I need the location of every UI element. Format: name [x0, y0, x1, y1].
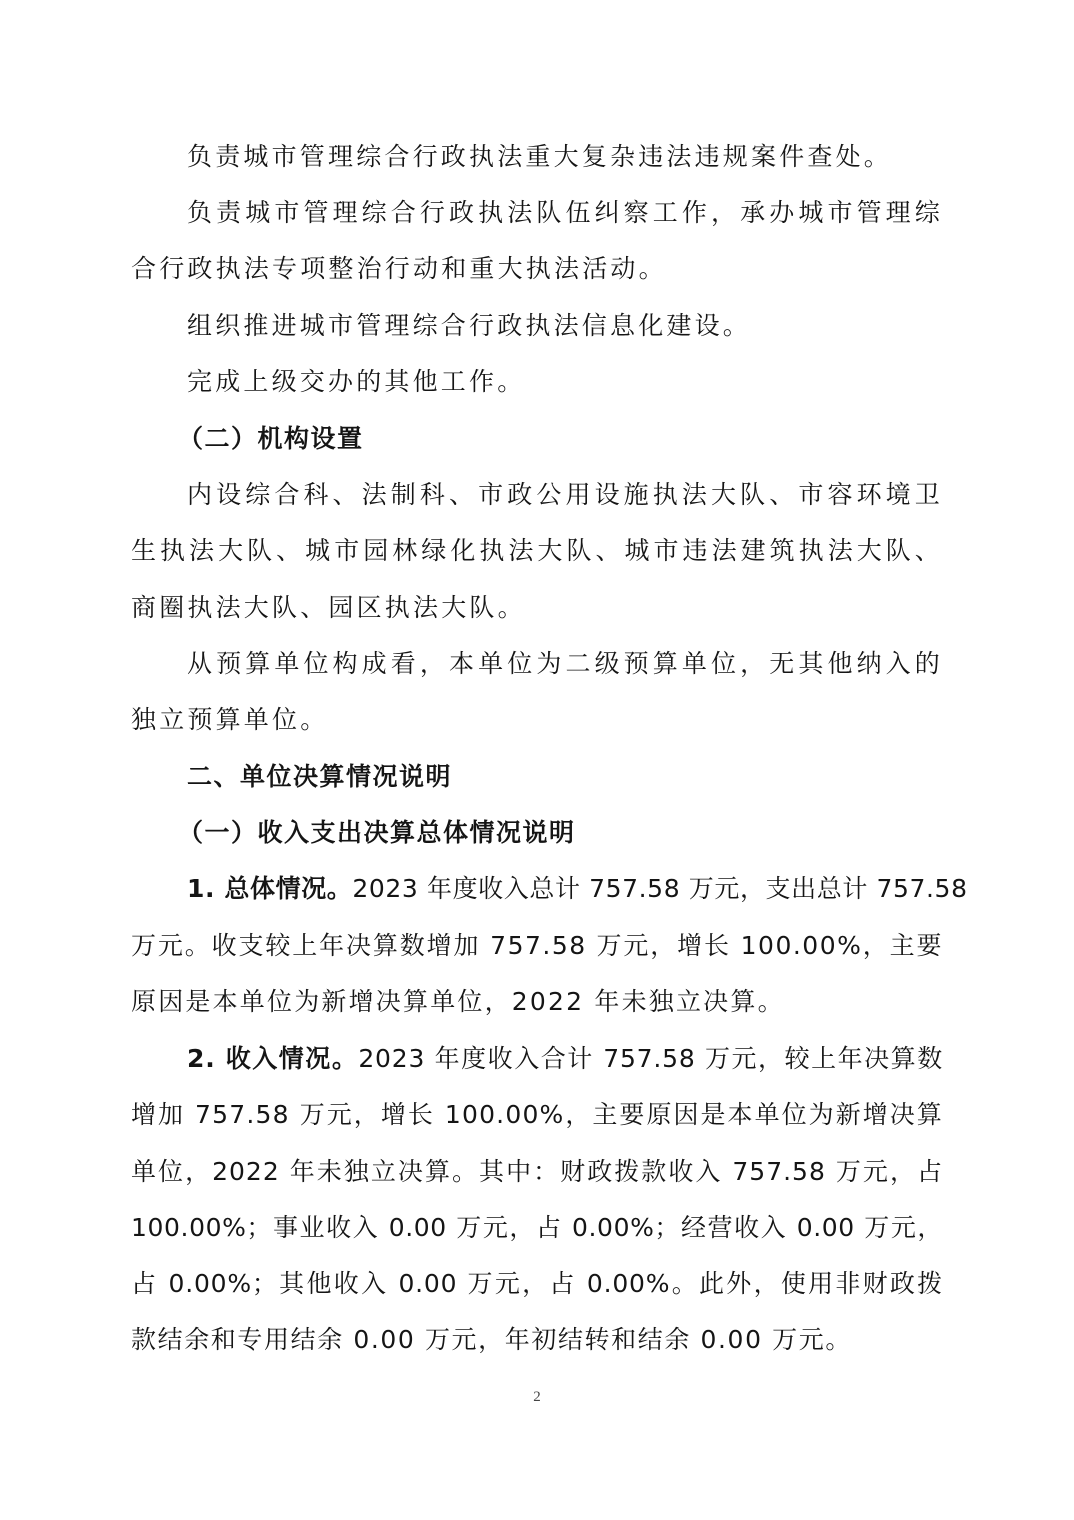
duty-paragraph-3: 组织推进城市管理综合行政执法信息化建设。: [187, 310, 943, 342]
income-line-1: 2. 收入情况。2023 年度收入合计 757.58 万元，较上年决算数: [187, 1043, 943, 1075]
duty-paragraph-1: 负责城市管理综合行政执法重大复杂违法违规案件查处。: [187, 141, 943, 173]
subsection-one-heading: （一）收入支出决算总体情况说明: [178, 817, 990, 849]
income-line-3: 单位，2022 年未独立决算。其中：财政拨款收入 757.58 万元，占: [131, 1156, 943, 1188]
org-paragraph-line-1: 内设综合科、法制科、市政公用设施执法大队、市容环境卫: [187, 479, 943, 511]
duty-paragraph-2-line-2: 合行政执法专项整治行动和重大执法活动。: [131, 253, 943, 285]
income-line-1-text: 2023 年度收入合计 757.58 万元，较上年决算数: [358, 1044, 943, 1073]
income-line-5: 占 0.00%；其他收入 0.00 万元，占 0.00%。此外，使用非财政拨: [131, 1268, 943, 1300]
page-number: 2: [0, 1389, 1074, 1406]
budget-paragraph-line-2: 独立预算单位。: [131, 704, 943, 736]
overall-line-2: 万元。收支较上年决算数增加 757.58 万元，增长 100.00%，主要: [131, 930, 943, 962]
overall-label: 1. 总体情况。: [187, 874, 352, 903]
section-two-heading: 二、单位决算情况说明: [187, 761, 943, 793]
overall-line-1: 1. 总体情况。2023 年度收入总计 757.58 万元，支出总计 757.5…: [187, 873, 943, 905]
heading-org-setup: （二）机构设置: [178, 423, 990, 455]
budget-paragraph-line-1: 从预算单位构成看，本单位为二级预算单位，无其他纳入的: [187, 648, 943, 680]
overall-line-3: 原因是本单位为新增决算单位，2022 年未独立决算。: [131, 986, 943, 1018]
income-label: 2. 收入情况。: [187, 1044, 358, 1073]
income-line-2: 增加 757.58 万元，增长 100.00%，主要原因是本单位为新增决算: [131, 1099, 943, 1131]
duty-paragraph-4: 完成上级交办的其他工作。: [187, 366, 943, 398]
income-line-4: 100.00%；事业收入 0.00 万元，占 0.00%；经营收入 0.00 万…: [131, 1212, 943, 1244]
income-line-6: 款结余和专用结余 0.00 万元，年初结转和结余 0.00 万元。: [131, 1324, 943, 1356]
org-paragraph-line-2: 生执法大队、城市园林绿化执法大队、城市违法建筑执法大队、: [131, 535, 943, 567]
document-page: 负责城市管理综合行政执法重大复杂违法违规案件查处。 负责城市管理综合行政执法队伍…: [0, 0, 1074, 1520]
duty-paragraph-2-line-1: 负责城市管理综合行政执法队伍纠察工作，承办城市管理综: [187, 197, 943, 229]
overall-line-1-text: 2023 年度收入总计 757.58 万元，支出总计 757.58: [352, 874, 967, 903]
org-paragraph-line-3: 商圈执法大队、园区执法大队。: [131, 592, 943, 624]
